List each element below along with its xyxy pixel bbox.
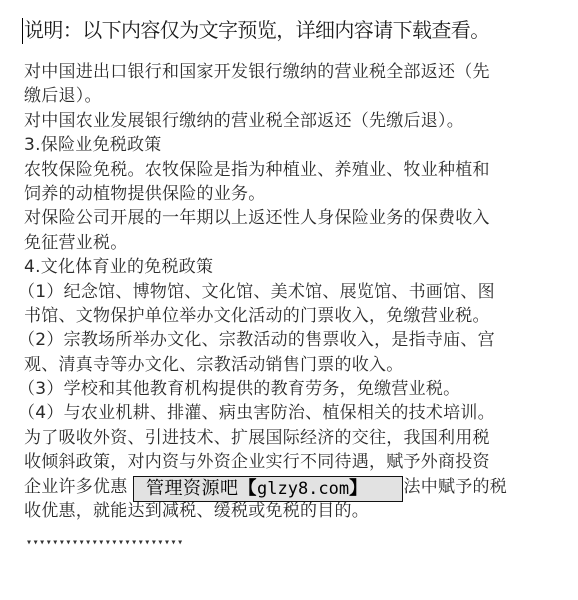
section-heading: 3.保险业免税政策 <box>24 133 544 157</box>
paragraph-line: 饲养的动植物提供保险的业务。 <box>24 182 544 206</box>
paragraph-line: 免征营业税。 <box>24 231 544 255</box>
list-item-line: （4）与农业机耕、排灌、病虫害防治、植保相关的技术培训。 <box>18 401 544 425</box>
paragraph-line: 书馆、文物保护单位举办文化活动的门票收入，免缴营业税。 <box>24 304 544 328</box>
bracket-close: 】 <box>349 478 368 499</box>
list-item-line: （2）宗教场所举办文化、宗教活动的售票收入，是指寺庙、宫 <box>18 328 544 352</box>
paragraph-line: 农牧保险免税。农牧保险是指为种植业、养殖业、牧业种植和 <box>24 158 544 182</box>
text-cursor <box>22 18 23 44</box>
preview-notice: 说明：以下内容仅为文字预览，详细内容请下载查看。 <box>24 17 490 43</box>
watermark-url: glzy8.com <box>257 479 349 499</box>
truncation-ellipsis: ▾▾▾▾▾▾▾▾▾▾▾▾▾▾▾▾▾▾▾▾▾▾▾▾ <box>26 537 184 548</box>
paragraph-line: 观、清真寺等办文化、宗教活动销售门票的收入。 <box>24 353 544 377</box>
paragraph-line: 对中国农业发展银行缴纳的营业税全部返还（先缴后退）。 <box>24 109 544 133</box>
list-item-line: （1）纪念馆、博物馆、文化馆、美术馆、展览馆、书画馆、图 <box>18 280 544 304</box>
paragraph-line: 对中国进出口银行和国家开发银行缴纳的营业税全部返还（先 <box>24 60 544 84</box>
list-item-line: （3）学校和其他教育机构提供的教育劳务，免缴营业税。 <box>18 377 544 401</box>
watermark-name: 管理资源吧 <box>146 478 239 499</box>
watermark-banner: 管理资源吧【glzy8.com】 <box>133 476 403 502</box>
paragraph-line: 收倾斜政策，对内资与外资企业实行不同待遇，赋予外商投资 <box>24 450 544 474</box>
paragraph-line: 为了吸收外资、引进技术、扩展国际经济的交往，我国利用税 <box>24 426 544 450</box>
bracket-open: 【 <box>239 478 258 499</box>
paragraph-line: 对保险公司开展的一年期以上返还性人身保险业务的保费收入 <box>24 206 544 230</box>
section-heading: 4.文化体育业的免税政策 <box>24 255 544 279</box>
paragraph-line: 收优惠，就能达到减税、缓税或免税的目的。 <box>24 499 544 523</box>
document-body: 对中国进出口银行和国家开发银行缴纳的营业税全部返还（先 缴后退）。 对中国农业发… <box>24 60 544 523</box>
paragraph-line: 缴后退）。 <box>24 84 544 108</box>
